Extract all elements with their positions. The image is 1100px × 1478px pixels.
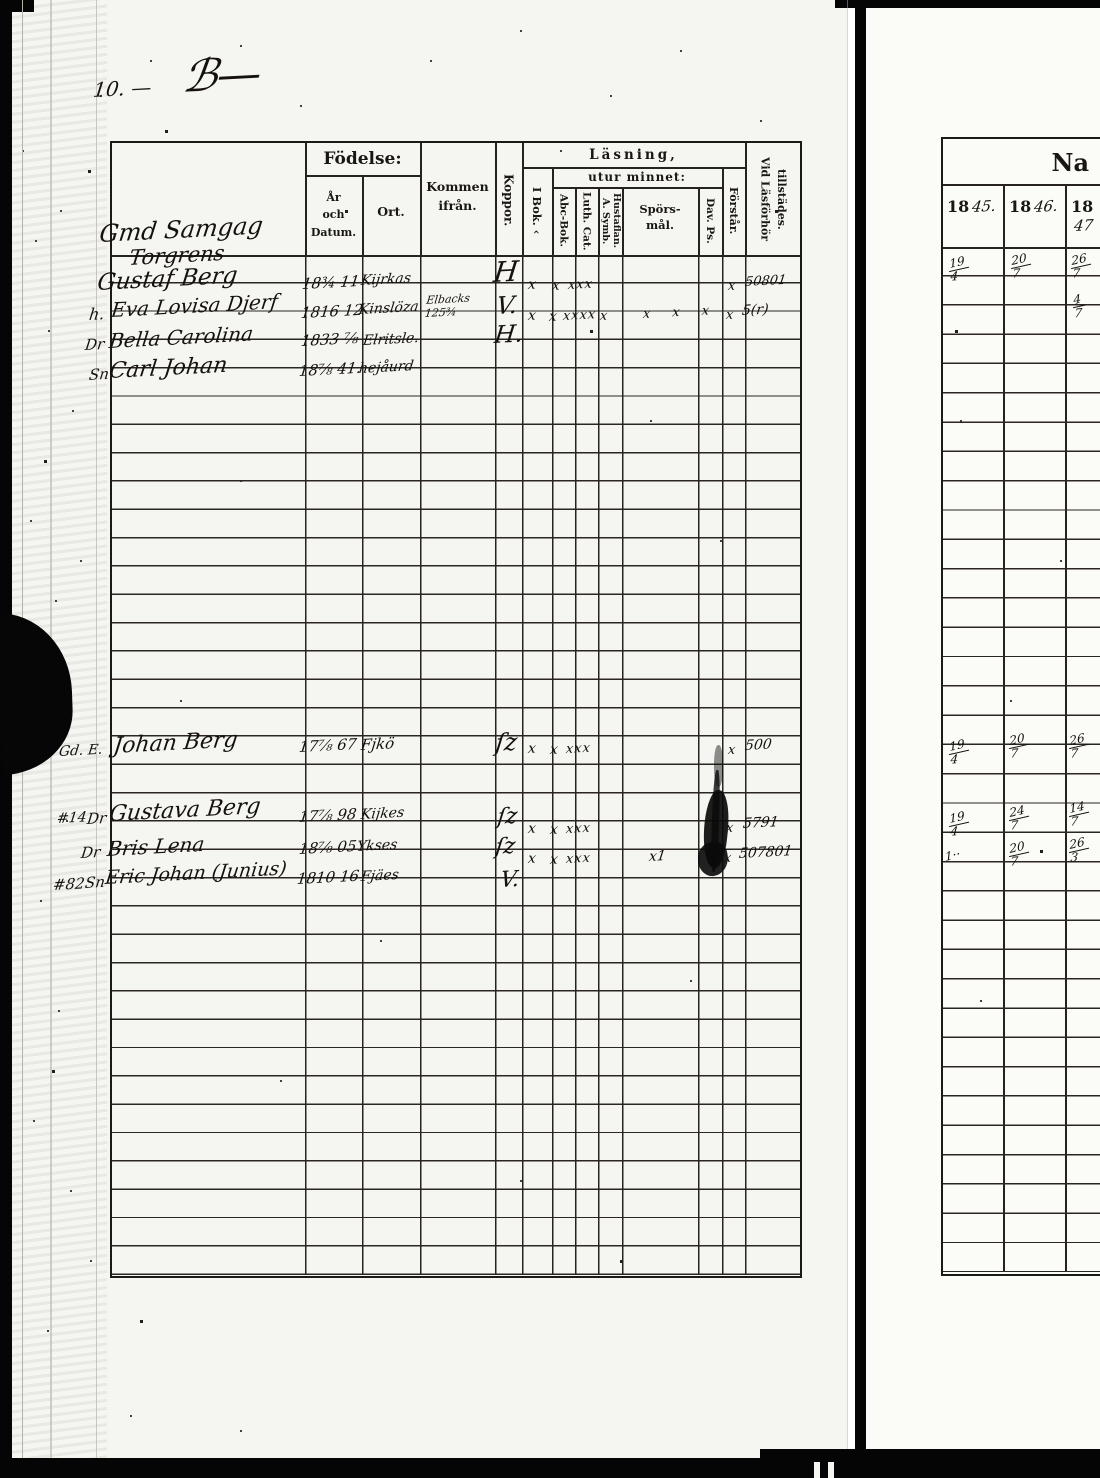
column-header-ar-och-datum: År och Datum. bbox=[305, 177, 362, 253]
mark-abc-bok: x bbox=[548, 309, 559, 324]
date-day: 4 bbox=[1072, 291, 1086, 309]
ink-smudge bbox=[714, 745, 723, 787]
mark-sporsmal: x1 bbox=[648, 849, 667, 865]
communion-date: 267 bbox=[1067, 731, 1089, 761]
year-printed: 18 bbox=[947, 197, 969, 216]
column-header-abc-bok: Abc-Bok. bbox=[552, 188, 575, 254]
entry-birthplace: Ykses bbox=[356, 838, 398, 855]
entry-birthplace: Elritsle. bbox=[362, 331, 420, 349]
entry-birthdate: 18⅞ 05 bbox=[298, 839, 357, 858]
entry-smallpox-mark: H. bbox=[493, 321, 525, 348]
year-handwritten: 46. bbox=[1033, 199, 1059, 216]
scan-notch bbox=[814, 1462, 820, 1478]
column-header-fodelse: Födelse: bbox=[305, 145, 420, 173]
book-gutter-bar bbox=[855, 0, 866, 1460]
year-handwritten: 45. bbox=[971, 199, 997, 216]
scan-notch bbox=[828, 1462, 834, 1478]
left-table-grid bbox=[112, 255, 800, 1275]
entry-birthdate: 18⅞ 41. bbox=[298, 361, 362, 380]
gutter-edge-line bbox=[847, 0, 848, 1455]
entry-smallpox-mark: ſz bbox=[494, 730, 519, 757]
entry-name: Bris Lena bbox=[106, 834, 206, 860]
column-header-kommen-ifran: Kommen ifrån. bbox=[420, 171, 495, 223]
communion-date: 194 bbox=[947, 809, 969, 839]
entry-birthplace: Fjäes bbox=[360, 868, 400, 885]
entry-birthdate: 1810 16 bbox=[296, 869, 360, 888]
folio-number: 10. — bbox=[92, 77, 153, 101]
entry-smallpox-mark: H bbox=[492, 256, 520, 287]
mark-abc-bok: x bbox=[549, 742, 560, 757]
communion-date: 263 bbox=[1067, 835, 1089, 865]
mark-abc-bok: x bbox=[549, 852, 560, 867]
page-fold-line bbox=[96, 0, 97, 1478]
column-header-sporsmal: Spörs- mål. bbox=[622, 197, 698, 239]
entry-prefix: Dr bbox=[80, 845, 101, 862]
entry-birthdate: 17⅞ 67 bbox=[298, 737, 357, 756]
year-column-header: 1845. bbox=[947, 197, 995, 216]
communion-date: 47 bbox=[1071, 291, 1086, 320]
entry-prefix: h. bbox=[88, 306, 105, 324]
mark-i-bok: x bbox=[527, 277, 538, 292]
year-column-header: 1846. bbox=[1009, 197, 1057, 216]
entry-margin-note: #82 bbox=[52, 876, 86, 894]
entry-hearing-ref: 5(r) bbox=[741, 302, 769, 318]
right-table-title: Na bbox=[943, 143, 1100, 181]
column-header-utur-minnet: utur minnet: bbox=[552, 168, 722, 185]
entry-hearing-ref: 5791 bbox=[742, 815, 779, 832]
column-header-lasning: Läsning, bbox=[522, 144, 745, 165]
scanned-parish-register-spread: { "colors": { "ink": "#14110e", "paper":… bbox=[0, 0, 1100, 1478]
mark-forstar: x bbox=[727, 743, 737, 757]
communion-date: 194 bbox=[947, 254, 969, 284]
mark-forstar: x bbox=[723, 851, 733, 865]
entry-birthplace: Kijkes bbox=[360, 806, 405, 823]
entry-hearing-ref: 500 bbox=[744, 737, 773, 753]
mark-luth-cat: xxxx bbox=[562, 308, 597, 323]
scan-top-border bbox=[835, 0, 1100, 8]
communion-date: 247 bbox=[1007, 803, 1029, 833]
communion-date: 1·· bbox=[944, 847, 965, 862]
year-printed: 18 bbox=[1071, 197, 1093, 216]
entry-birthdate: 1833 ⅞ bbox=[300, 331, 359, 350]
communion-date: 207 bbox=[1007, 731, 1029, 761]
header-line bbox=[943, 184, 1100, 186]
scan-topleft-corner bbox=[0, 0, 34, 12]
entry-birthplace: Kinslöza bbox=[358, 300, 420, 318]
entry-birthplace: Kijrkas bbox=[360, 271, 412, 288]
entry-birthdate: 17⅞ 98 bbox=[298, 807, 357, 826]
mark-abc-bok: x bbox=[551, 278, 562, 293]
entry-smallpox-mark: V. bbox=[499, 868, 521, 892]
entry-hearing-ref: 50801 bbox=[744, 274, 787, 290]
mark-luth-cat: xxx bbox=[567, 278, 594, 293]
year-printed: 18 bbox=[1009, 197, 1031, 216]
entry-birthdate: 1816 12 bbox=[300, 303, 364, 322]
communion-date: 207 bbox=[1009, 251, 1031, 281]
entry-smallpox-mark: V. bbox=[495, 293, 519, 319]
communion-date: 194 bbox=[947, 737, 969, 767]
mark-i-bok: x bbox=[527, 821, 538, 836]
mark-forstar: x bbox=[725, 308, 735, 322]
entry-prefix: Sn bbox=[88, 367, 110, 384]
mark-i-bok: x bbox=[527, 741, 538, 756]
entry-prefix: Dr bbox=[84, 337, 105, 354]
entry-prefix: Sn bbox=[84, 875, 106, 892]
mark-a-symb: x bbox=[599, 309, 609, 323]
entry-smallpox-mark: ſz bbox=[496, 805, 519, 829]
column-header-luth-cat: Luth. Cat. bbox=[575, 188, 598, 254]
communion-date: 147 bbox=[1067, 799, 1089, 829]
communion-date: 207 bbox=[1007, 839, 1029, 869]
column-header-ort: Ort. bbox=[362, 199, 420, 223]
column-header-i-bok: I Bok. ‹ bbox=[522, 169, 552, 253]
entry-prefix: Dr bbox=[86, 811, 107, 828]
year-column-header: 1847 bbox=[1071, 197, 1100, 235]
column-header-dav-ps: Dav. Ps. bbox=[698, 188, 722, 254]
column-header-a-symb-hustaflan: A. Symb. Hustaflan. bbox=[598, 188, 622, 254]
year-handwritten: 47 bbox=[1073, 218, 1094, 235]
column-header-koppor: Koppor. bbox=[495, 149, 522, 251]
entry-margin-note: #14 bbox=[56, 810, 87, 826]
mark-i-bok: x bbox=[527, 308, 538, 323]
entry-birthplace: Fjkö bbox=[360, 736, 395, 754]
entry-hearing-ref: 507801 bbox=[738, 844, 793, 862]
entry-birthplace: hejåurd bbox=[358, 359, 414, 377]
entry-came-from: Elbacks 125¾ bbox=[424, 293, 471, 321]
mark-i-bok: x bbox=[527, 851, 538, 866]
mark-luth-cat: xxx bbox=[565, 822, 592, 837]
folio-letter: ℬ— bbox=[180, 51, 264, 102]
entry-birthdate: 18¾ 11 bbox=[301, 274, 360, 293]
mark-forstar: x bbox=[727, 279, 737, 293]
column-header-vid-lasforhor: Vid Läsförhör tillstädes. bbox=[745, 145, 800, 253]
entry-prefix: Gd. E. bbox=[58, 743, 103, 760]
mark-luth-cat: xxx bbox=[565, 852, 592, 867]
entry-smallpox-mark: ſz bbox=[494, 835, 517, 859]
mark-abc-bok: x bbox=[549, 822, 560, 837]
mark-luth-cat: xxx bbox=[565, 742, 592, 757]
communion-date: 267 bbox=[1069, 251, 1091, 281]
column-header-forstar: Förstår. bbox=[722, 169, 745, 253]
scan-bottom-border-right bbox=[760, 1449, 1100, 1478]
mark-forstar: x bbox=[725, 821, 735, 835]
